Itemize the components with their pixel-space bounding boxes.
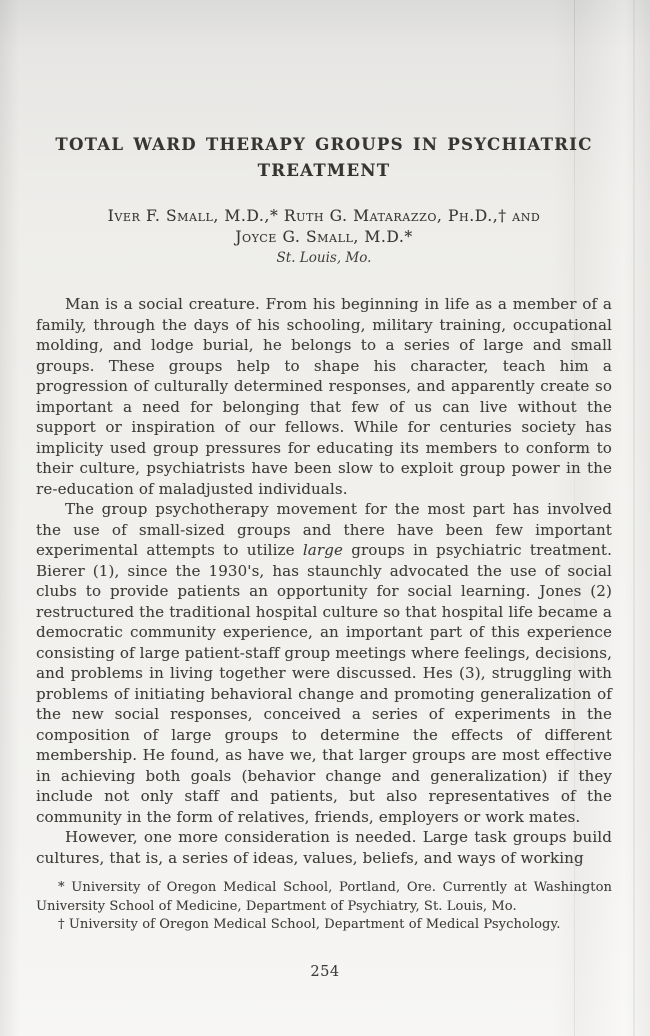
article-title-line-1: TOTAL WARD THERAPY GROUPS IN PSYCHIATRIC: [36, 132, 612, 158]
paragraph-1: Man is a social creature. From his begin…: [36, 294, 612, 499]
author-byline-line-1: Iver F. Small, M.D.,* Ruth G. Matarazzo,…: [36, 206, 612, 227]
page-number: 254: [0, 964, 650, 980]
author-location: St. Louis, Mo.: [36, 250, 612, 266]
article-title: TOTAL WARD THERAPY GROUPS IN PSYCHIATRIC…: [36, 132, 612, 184]
author-byline: Iver F. Small, M.D.,* Ruth G. Matarazzo,…: [36, 206, 612, 248]
footnote-dagger: † University of Oregon Medical School, D…: [36, 916, 612, 935]
paragraph-3: However, one more consideration is neede…: [36, 827, 612, 868]
paragraph-2-text-after-italic: groups in psychiatric treatment. Bierer …: [36, 541, 612, 826]
author-byline-line-2: Joyce G. Small, M.D.*: [36, 227, 612, 248]
footnote-asterisk: * University of Oregon Medical School, P…: [36, 879, 612, 916]
paragraph-2: The group psychotherapy movement for the…: [36, 499, 612, 827]
paragraph-2-italic-word: large: [303, 541, 343, 559]
page-content: TOTAL WARD THERAPY GROUPS IN PSYCHIATRIC…: [0, 0, 650, 935]
footnotes-block: * University of Oregon Medical School, P…: [36, 879, 612, 935]
article-body: Man is a social creature. From his begin…: [36, 294, 612, 868]
article-title-line-2: TREATMENT: [36, 158, 612, 184]
scanned-journal-page: TOTAL WARD THERAPY GROUPS IN PSYCHIATRIC…: [0, 0, 650, 1036]
